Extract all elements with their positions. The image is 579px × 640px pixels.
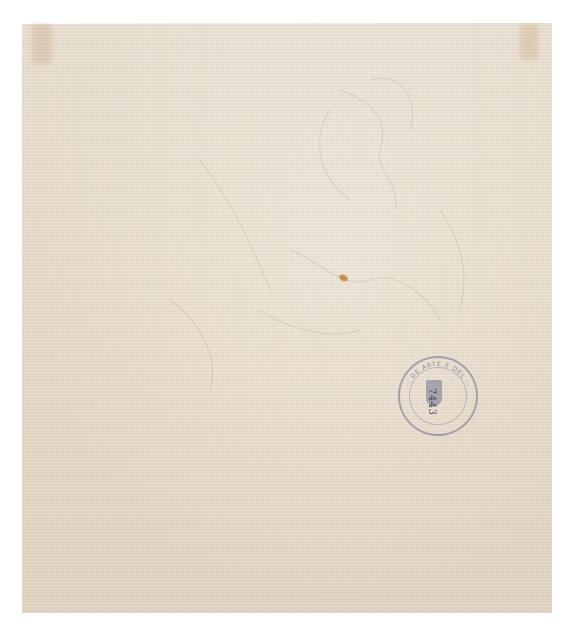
- corner-stain-top-right: [520, 24, 538, 60]
- collection-stamp: ·· DE ARTE E DEL ·· 7443: [398, 356, 478, 436]
- corner-stain-top-left: [32, 24, 52, 64]
- stamp-handwritten-number: 7443: [426, 388, 437, 415]
- image-canvas: ·· DE ARTE E DEL ·· 7443: [0, 0, 579, 640]
